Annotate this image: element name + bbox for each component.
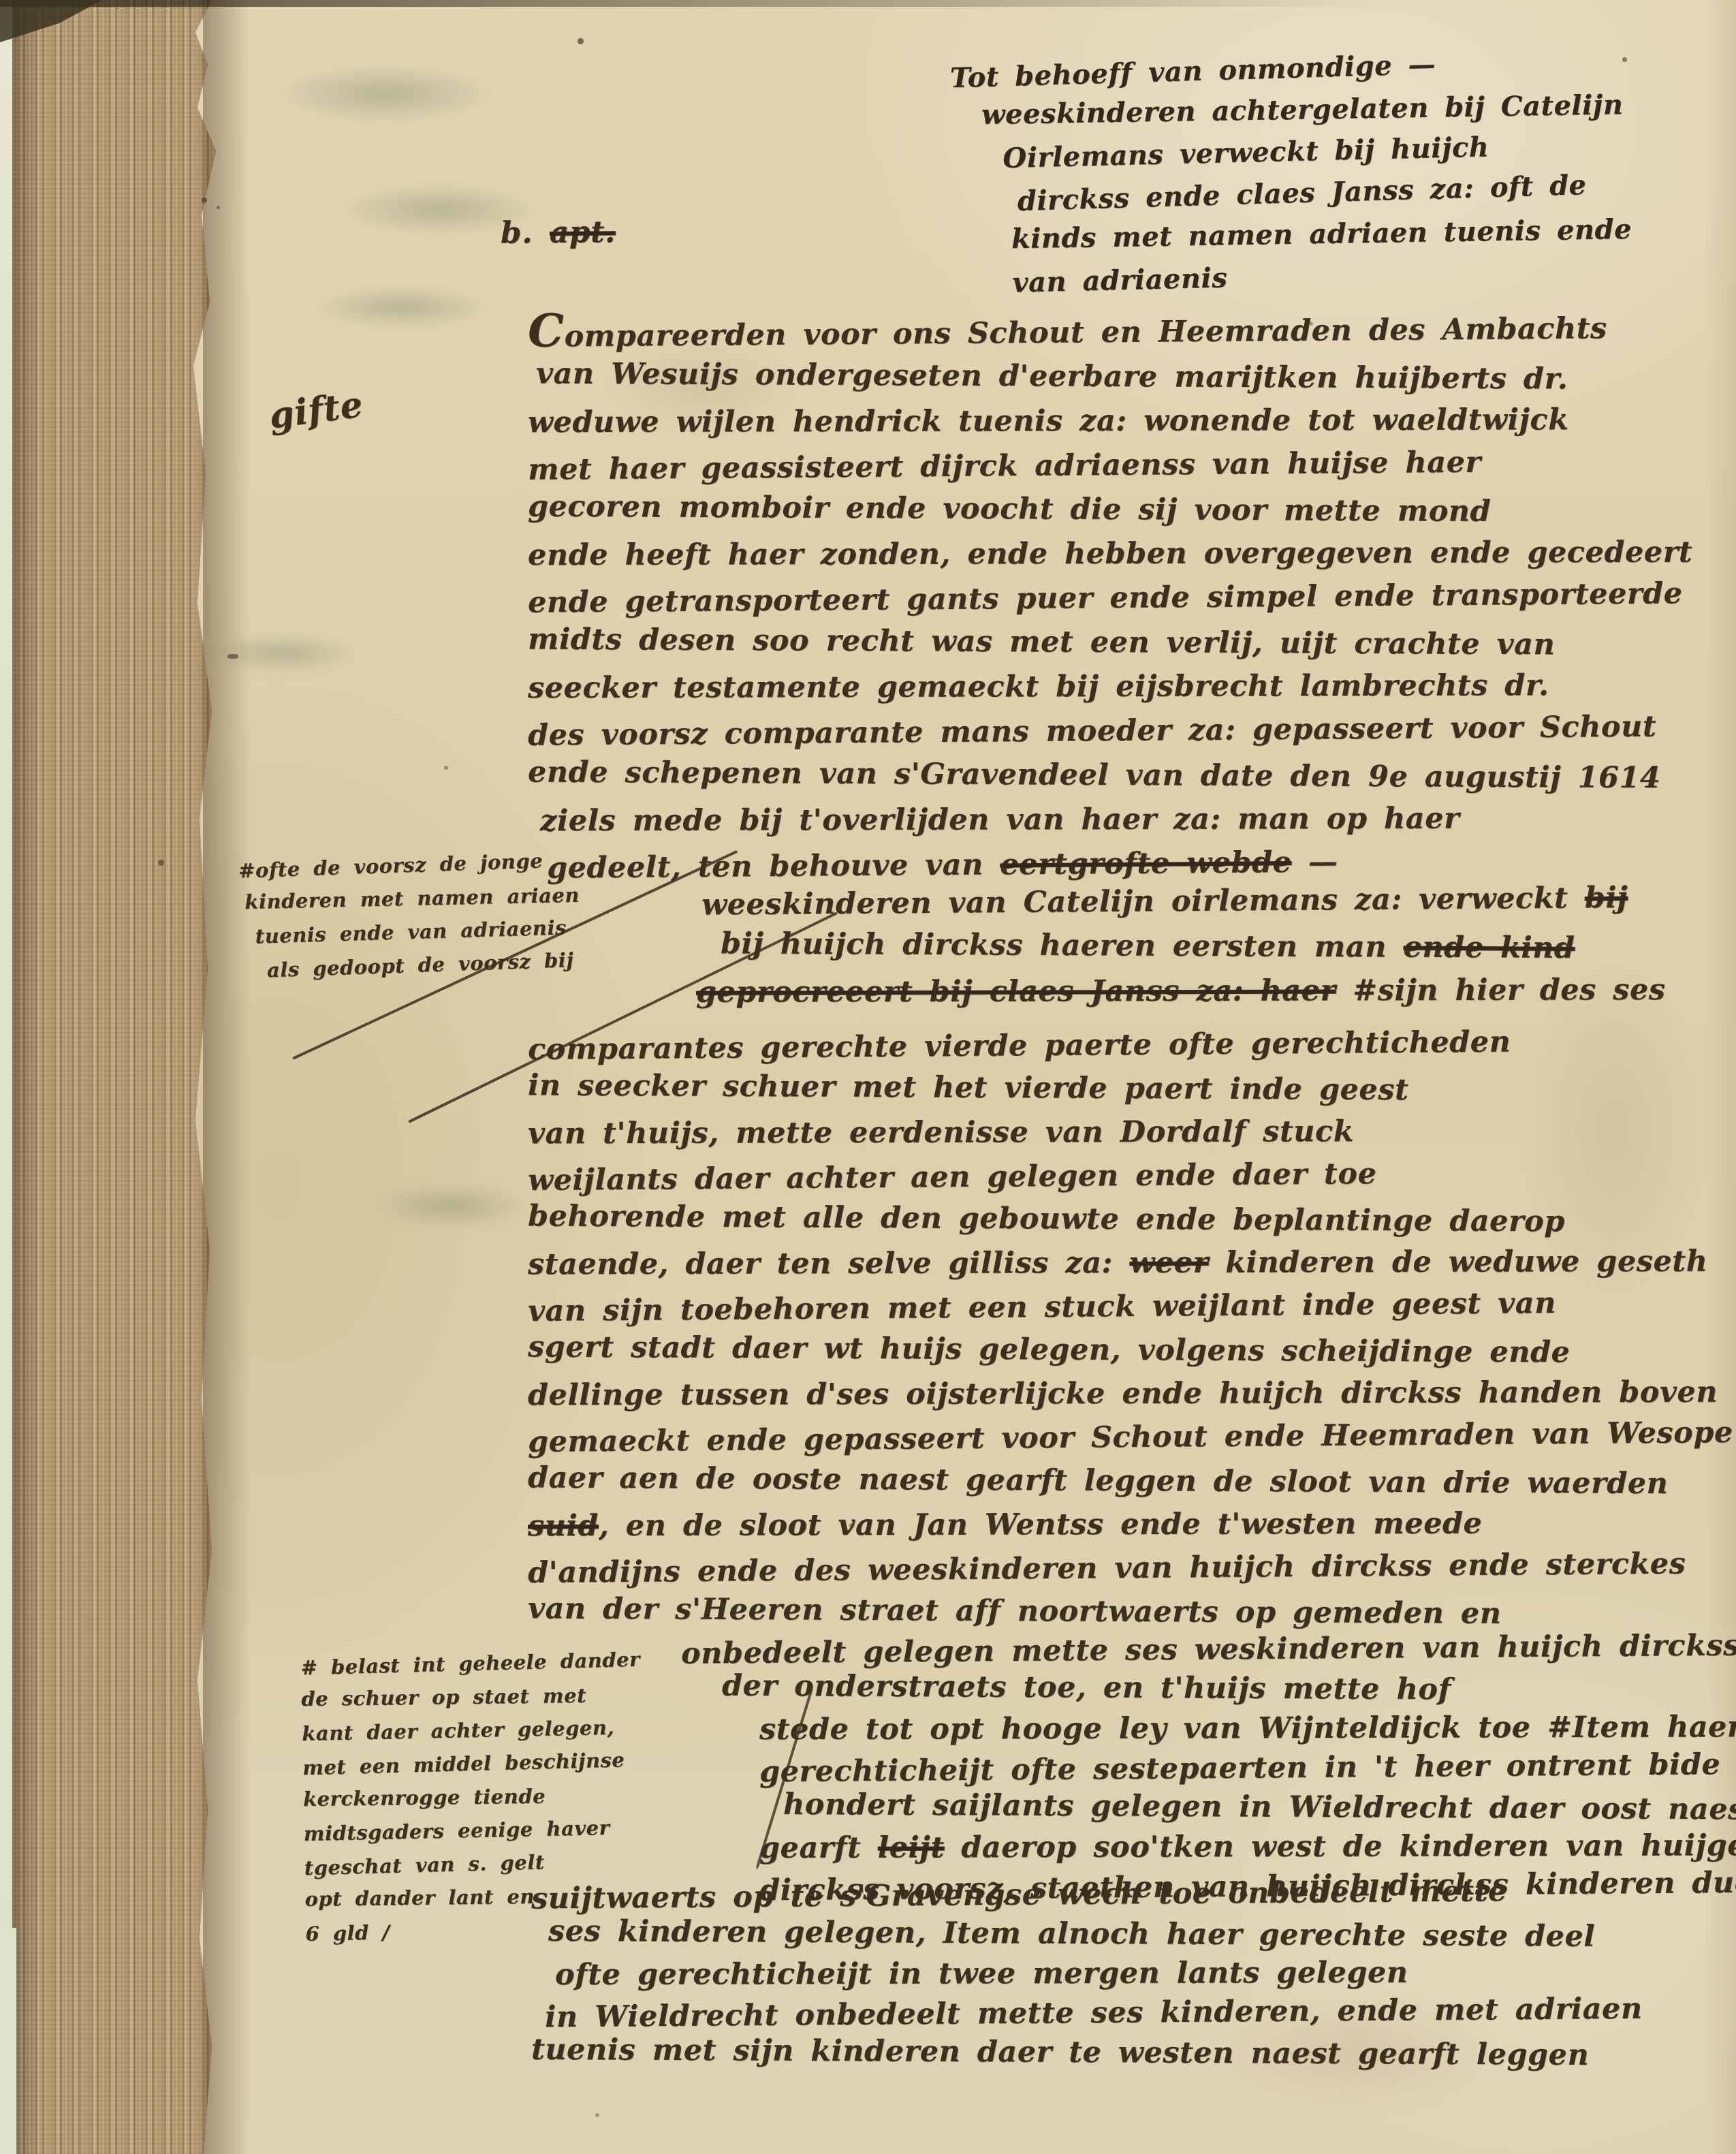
text-line: bij huijch dirckss haeren eersten man en… [721,921,1666,971]
struck-text: geprocreeert bij claes Janss za: haer [696,973,1336,1009]
margin-note-1-cancelled: #ofte de voorsz de jongekinderen met nam… [238,844,582,986]
text-line: van sijn toebehoren met een stuck weijla… [528,1280,1733,1333]
ink-speck [217,206,220,209]
text-segment: , en de sloot van Jan Wentss ende t'west… [599,1507,1483,1543]
ink-speck [158,860,164,866]
clerk-notation: b. apt. [501,215,616,250]
ink-showthrough [371,1182,528,1230]
struck-text: ende kind [1403,931,1575,965]
text-line: hondert saijlants gelegen in Wieldrecht … [783,1785,1736,1830]
ink-showthrough [272,65,497,123]
text-segment: staende, daer ten selve gilliss za: [528,1246,1130,1281]
text-segment: bij huijch dirckss haeren eersten man [721,926,1404,964]
deed-paragraph-2: comparantes gerechte vierde paerte ofte … [528,1023,1733,1634]
text-line: sgert stadt daer wt huijs gelegen, volge… [528,1325,1733,1375]
page-gutter-shadow [203,0,251,2154]
text-line: comparantes gerechte vierde paerte ofte … [528,1018,1733,1072]
text-line: kerckenrogge tiende [303,1779,643,1816]
text-line: van Wesuijs ondergeseten d'eerbare marij… [536,352,1692,403]
text-line: weduwe wijlen hendrick tuenis za: wonend… [528,398,1692,445]
text-line: ende getransporteert gants puer ende sim… [528,572,1693,625]
margin-label-gifte: gifte [267,384,365,437]
text-line: gearft leijt daerop soo'tken west de kin… [759,1826,1736,1868]
header-superscription: Tot behoeff van onmondige —weeskinderen … [949,41,1633,305]
text-line: opt dander lant en [304,1879,644,1916]
text-segment: b. [501,215,550,251]
text-line: des voorsz comparante mans moeder za: ge… [528,704,1693,758]
manuscript-page-scan: Tot behoeff van onmondige —weeskinderen … [0,0,1736,2154]
text-line: gecoren momboir ende voocht die sij voor… [528,485,1692,535]
text-line: weeskinderen van Catelijn oirlemans za: … [701,875,1666,927]
struck-text: apt. [550,215,616,250]
text-line: der onderstraets toe, en t'huijs mette h… [722,1666,1736,1712]
text-line: 6 gld / [305,1911,645,1951]
scan-bottom-left-strip [0,1928,16,2154]
text-line: staende, daer ten selve gilliss za: weer… [528,1240,1733,1287]
text-line: de schuer op staet met [301,1679,641,1716]
text-line: Compareerden voor ons Schout en Heemrade… [528,303,1693,359]
text-line: in Wieldrecht onbedeelt mette ses kinder… [545,1989,1643,2038]
ink-speck [849,1523,854,1528]
text-line: weijlants daer achter aen gelegen ende d… [528,1149,1733,1202]
text-segment: kinderen de weduwe geseth [1209,1245,1708,1280]
text-line: midts desen soo recht was met een verlij… [528,618,1692,668]
text-segment: — [1291,845,1338,879]
margin-note-2-charges: # belast int geheele danderde schuer op … [300,1644,645,1951]
ink-showthrough [208,634,358,673]
deed-paragraph-2-indented: onbedeelt gelegen mette ses weskinderen … [681,1629,1736,1906]
text-line: geprocreeert bij claes Janss za: haer #s… [696,967,1666,1015]
struck-text: leijt [878,1830,945,1864]
text-line: suid, en de sloot van Jan Wentss ende t'… [528,1501,1733,1548]
text-line: tuenis met sijn kinderen daer te westen … [531,2030,1643,2076]
text-line: d'andijns ende des weeskinderen van huij… [528,1542,1733,1595]
text-line: stede tot opt hooge ley van Wijnteldijck… [759,1707,1736,1749]
text-line: van t'huijs, mette eerdenisse van Dordal… [528,1109,1733,1156]
text-line: behorende met alle den gebouwte ende bep… [528,1194,1733,1244]
text-line: seecker testamente gemaeckt bij eijsbrec… [528,664,1692,711]
scan-top-edge [0,0,1736,7]
text-line: met haer geassisteert dijrck adriaenss v… [528,439,1693,492]
text-line: ses kinderen gelegen, Item alnoch haer g… [548,1911,1643,1956]
text-line: gerechticheijt ofte sestepaerten in 't h… [759,1744,1736,1792]
book-binding-page-edges [12,0,218,2154]
struck-text: eertgrofte webde [1000,845,1292,881]
text-line: ende heeft haer zonden, ende hebben over… [528,531,1692,578]
text-line: suijtwaerts op te s'Gravengse wech toe o… [531,1871,1643,1919]
deed-paragraph-1-continuation: weeskinderen van Catelijn oirlemans za: … [701,879,1666,1014]
text-line: dellinge tussen d'ses oijsterlijcke ende… [528,1371,1733,1418]
text-line: ofte gerechticheijt in twee mergen lants… [555,1952,1643,1995]
text-line: gemaeckt ende gepasseert voor Schout end… [528,1411,1733,1464]
text-segment: daerop soo'tken west de kinderen van hui… [945,1828,1736,1864]
text-segment: gearft [759,1831,878,1865]
struck-text: suid [528,1509,599,1543]
ink-speck [1622,57,1627,62]
text-line: ende schepenen van s'Gravendeel van date… [528,751,1692,801]
ink-speck [444,766,448,770]
ink-speck [595,2113,599,2117]
ink-speck [1309,322,1313,326]
deed-paragraph-1: Compareerden voor ons Schout en Heemrade… [528,308,1692,886]
struck-text: weer [1129,1246,1209,1280]
ink-showthrough [313,286,490,328]
ink-speck [202,198,207,203]
deed-paragraph-2-bottom: suijtwaerts op te s'Gravengse wech toe o… [531,1875,1643,2072]
text-line: gifte [267,384,366,437]
text-segment: #sijn hier des ses [1336,973,1666,1008]
ink-speck [578,38,584,44]
ink-speck [227,654,238,659]
struck-text: bij [1585,881,1628,915]
text-line: in seecker schuer met het vierde paert i… [528,1063,1733,1113]
text-line: b. apt. [501,215,616,250]
text-line: ziels mede bij t'overlijden van haer za:… [540,796,1692,843]
text-line: daer aen de ooste naest gearft leggen de… [528,1456,1733,1505]
